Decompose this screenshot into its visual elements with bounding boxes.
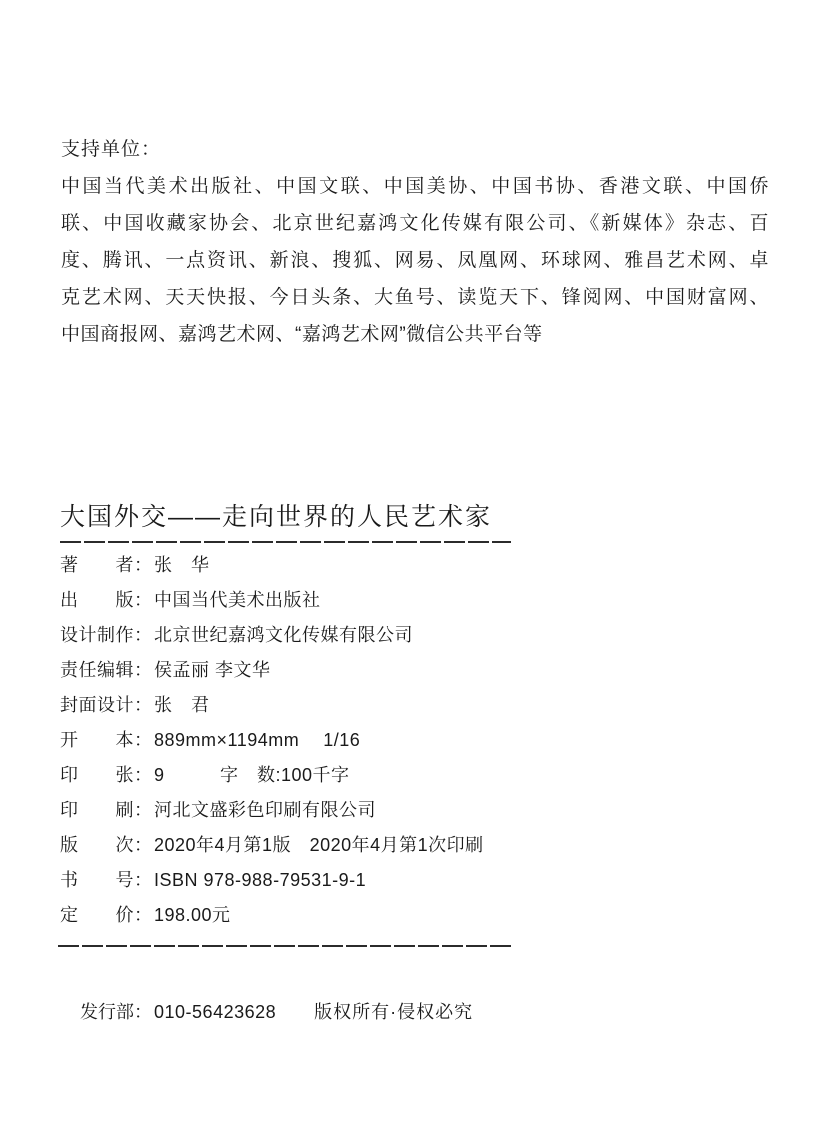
row-label: 开 本 [60, 723, 134, 758]
distribution-footer: 发行部：010-56423628版权所有·侵权必究 [60, 960, 780, 995]
row-colon: ： [134, 828, 152, 863]
row-value: 河北文盛彩色印刷有限公司 [154, 793, 376, 828]
row-colon: ： [134, 793, 152, 828]
separator-line [58, 945, 511, 947]
book-title: 大国外交——走向世界的人民艺术家 [60, 502, 780, 532]
colophon-row-edition: 版 次：2020年4月第1版 2020年4月第1次印刷 [60, 828, 780, 863]
support-line: 度、腾讯、一点资讯、新浪、搜狐、网易、凤凰网、环球网、雅昌艺术网、卓 [61, 242, 769, 279]
distribution-label: 发行部 [80, 1002, 134, 1022]
row-value: ISBN 978-988-79531-9-1 [154, 863, 366, 898]
row-value: 198.00元 [154, 898, 231, 933]
colophon-row-publisher: 出 版：中国当代美术出版社 [60, 583, 780, 618]
row-value: 9 字 数:100千字 [154, 758, 350, 793]
colophon-row-editor: 责任编辑：侯孟丽 李文华 [60, 653, 780, 688]
row-value: 中国当代美术出版社 [154, 583, 321, 618]
row-label: 定 价 [60, 898, 134, 933]
colophon-row-author: 著 者：张 华 [60, 548, 780, 583]
footer-colon: ： [134, 1002, 152, 1022]
support-line: 克艺术网、天天快报、今日头条、大鱼号、读览天下、锋阅网、中国财富网、 [61, 279, 769, 316]
colophon-row-printer: 印 刷：河北文盛彩色印刷有限公司 [60, 793, 780, 828]
row-value: 北京世纪嘉鸿文化传媒有限公司 [154, 618, 413, 653]
colophon-row-sheets-wordcount: 印 张：9 字 数:100千字 [60, 758, 780, 793]
row-colon: ： [134, 618, 152, 653]
row-colon: ： [134, 583, 152, 618]
support-units-paragraph: 中国当代美术出版社、中国文联、中国美协、中国书协、香港文联、中国侨 联、中国收藏… [61, 168, 769, 353]
row-colon: ： [134, 898, 152, 933]
row-colon: ： [134, 723, 152, 758]
title-underline [60, 541, 511, 543]
support-line: 联、中国收藏家协会、北京世纪嘉鸿文化传媒有限公司、《新媒体》杂志、百 [61, 205, 769, 242]
row-colon: ： [134, 548, 152, 583]
copyright-page: 支持单位： 中国当代美术出版社、中国文联、中国美协、中国书协、香港文联、中国侨 … [0, 0, 827, 1122]
support-units-heading: 支持单位： [61, 131, 769, 168]
copyright-notice: 版权所有·侵权必究 [314, 1002, 473, 1022]
colophon-list: 著 者：张 华 出 版：中国当代美术出版社 设计制作：北京世纪嘉鸿文化传媒有限公… [60, 548, 780, 933]
row-label: 责任编辑 [60, 653, 134, 688]
row-label: 封面设计 [60, 688, 134, 723]
row-label: 印 张 [60, 758, 134, 793]
colophon-row-design-production: 设计制作：北京世纪嘉鸿文化传媒有限公司 [60, 618, 780, 653]
row-colon: ： [134, 758, 152, 793]
row-label: 出 版 [60, 583, 134, 618]
colophon-row-format: 开 本：889mm×1194mm 1/16 [60, 723, 780, 758]
row-colon: ： [134, 653, 152, 688]
row-value: 889mm×1194mm 1/16 [154, 723, 360, 758]
row-label: 版 次 [60, 828, 134, 863]
row-label: 书 号 [60, 863, 134, 898]
row-value: 张 华 [154, 548, 210, 583]
support-line: 中国当代美术出版社、中国文联、中国美协、中国书协、香港文联、中国侨 [61, 168, 769, 205]
colophon-row-cover-design: 封面设计：张 君 [60, 688, 780, 723]
colophon-row-isbn: 书 号：ISBN 978-988-79531-9-1 [60, 863, 780, 898]
row-label: 设计制作 [60, 618, 134, 653]
row-label: 著 者 [60, 548, 134, 583]
row-value: 2020年4月第1版 2020年4月第1次印刷 [154, 828, 484, 863]
colophon-row-price: 定 价：198.00元 [60, 898, 780, 933]
row-value: 张 君 [154, 688, 210, 723]
row-colon: ： [134, 863, 152, 898]
row-colon: ： [134, 688, 152, 723]
row-label: 印 刷 [60, 793, 134, 828]
row-value: 侯孟丽 李文华 [154, 653, 271, 688]
support-line: 中国商报网、嘉鸿艺术网、“嘉鸿艺术网”微信公共平台等 [61, 316, 769, 353]
distribution-phone: 010-56423628 [154, 1002, 276, 1022]
